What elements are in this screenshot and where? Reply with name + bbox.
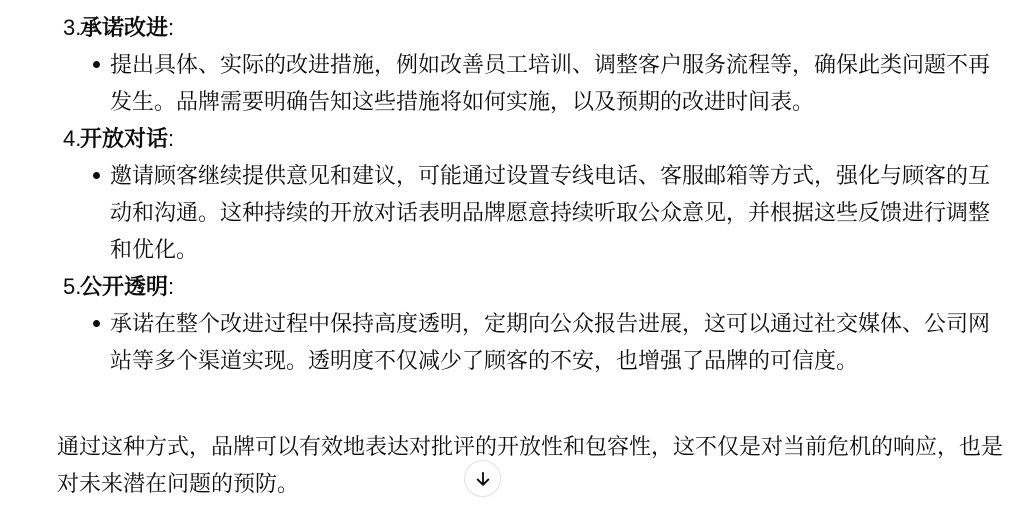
- list-item-heading: 4.开放对话:: [80, 120, 1012, 157]
- list-item-separator: :: [168, 126, 174, 151]
- bullet-icon: [93, 61, 100, 68]
- list-item: 4.开放对话: 邀请顾客继续提供意见和建议，可能通过设置专线电话、客服邮箱等方式…: [63, 120, 1012, 268]
- bullet-icon: [93, 172, 100, 179]
- list-item-number: 5.: [63, 268, 81, 305]
- numbered-list: 3.承诺改进: 提出具体、实际的改进措施，例如改善员工培训、调整客户服务流程等，…: [63, 9, 1012, 379]
- bullet-text: 提出具体、实际的改进措施，例如改善员工培训、调整客户服务流程等，确保此类问题不再…: [110, 46, 1000, 120]
- list-item-separator: :: [168, 15, 174, 40]
- list-item-heading: 3.承诺改进:: [80, 9, 1012, 46]
- bullet-item: 提出具体、实际的改进措施，例如改善员工培训、调整客户服务流程等，确保此类问题不再…: [80, 46, 1012, 120]
- list-item-term: 开放对话: [80, 126, 168, 151]
- list-item: 3.承诺改进: 提出具体、实际的改进措施，例如改善员工培训、调整客户服务流程等，…: [63, 9, 1012, 120]
- chat-message-area: 3.承诺改进: 提出具体、实际的改进措施，例如改善员工培训、调整客户服务流程等，…: [0, 0, 1024, 510]
- closing-paragraph: 通过这种方式，品牌可以有效地表达对批评的开放性和包容性，这不仅是对当前危机的响应…: [57, 428, 1012, 502]
- arrow-down-icon: [473, 469, 493, 489]
- bullet-item: 承诺在整个改进过程中保持高度透明，定期向公众报告进展，这可以通过社交媒体、公司网…: [80, 305, 1012, 379]
- list-item-separator: :: [168, 274, 174, 299]
- bullet-icon: [93, 320, 100, 327]
- list-item-term: 公开透明: [80, 274, 168, 299]
- bullet-item: 邀请顾客继续提供意见和建议，可能通过设置专线电话、客服邮箱等方式，强化与顾客的互…: [80, 157, 1012, 268]
- list-item-term: 承诺改进: [80, 15, 168, 40]
- list-item: 5.公开透明: 承诺在整个改进过程中保持高度透明，定期向公众报告进展，这可以通过…: [63, 268, 1012, 379]
- bullet-text: 邀请顾客继续提供意见和建议，可能通过设置专线电话、客服邮箱等方式，强化与顾客的互…: [110, 157, 1000, 268]
- assistant-message: 3.承诺改进: 提出具体、实际的改进措施，例如改善员工培训、调整客户服务流程等，…: [57, 9, 1012, 502]
- list-item-number: 4.: [63, 120, 81, 157]
- scroll-to-bottom-button[interactable]: [464, 460, 501, 497]
- list-item-heading: 5.公开透明:: [80, 268, 1012, 305]
- list-item-number: 3.: [63, 9, 81, 46]
- bullet-text: 承诺在整个改进过程中保持高度透明，定期向公众报告进展，这可以通过社交媒体、公司网…: [110, 305, 1000, 379]
